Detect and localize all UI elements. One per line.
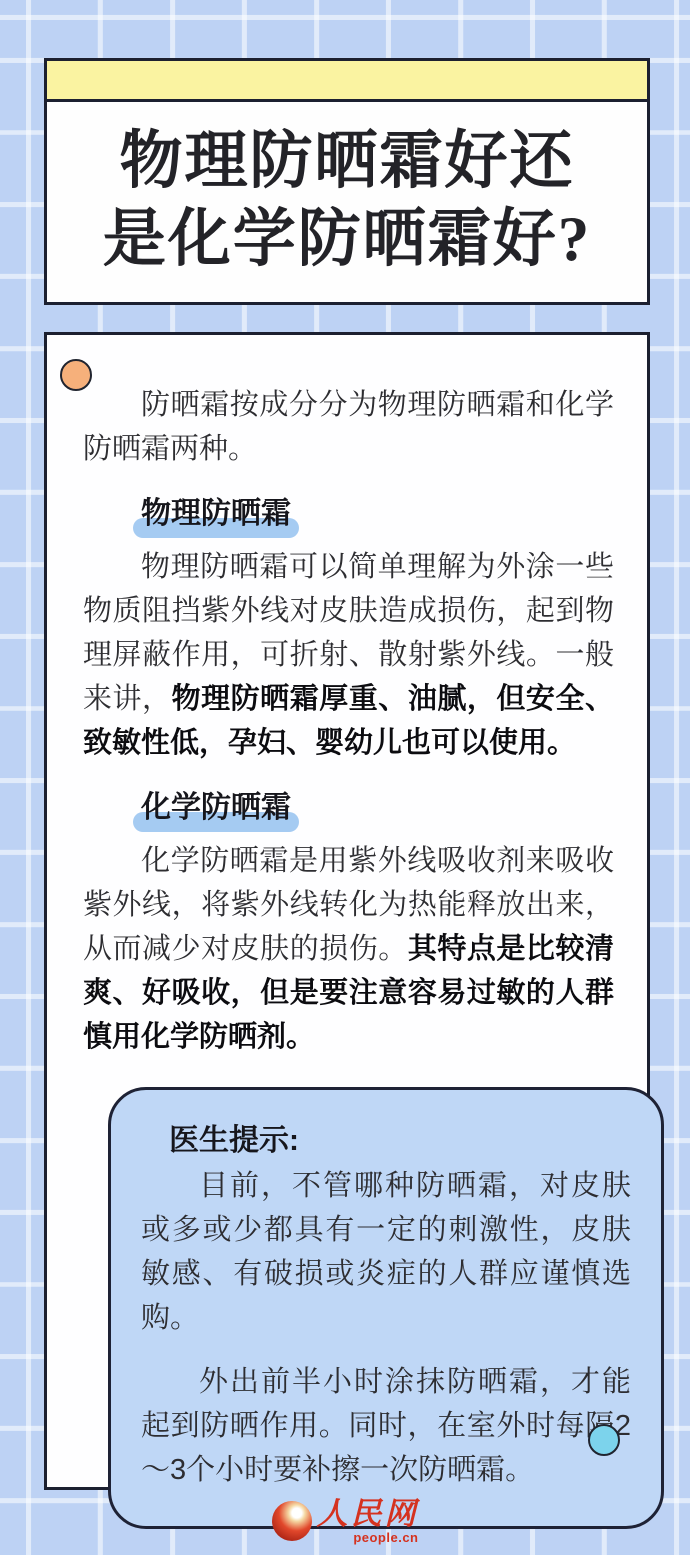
doctor-tip-heading: 医生提示: [141,1118,631,1164]
people-cn-logo-chinese: 人民网 [317,1498,419,1529]
article-body: 防晒霜按成分分为物理防晒霜和化学防晒霜两种。 物理防晒霜 物理防晒霜可以简单理解… [47,335,647,1529]
section-heading-physical-label: 物理防晒霜 [141,491,291,537]
people-cn-logo-text: 人民网 people.cn [317,1498,419,1545]
section-heading-physical: 物理防晒霜 [83,491,614,537]
cyan-dot-decoration [588,1424,620,1456]
poster-title: 物理防晒霜好还 是化学防晒霜好? [47,102,647,302]
people-cn-logo-domain: people.cn [353,1530,418,1545]
orange-dot-decoration [60,359,92,391]
poster-title-line2: 是化学防晒霜好? [53,200,641,278]
doctor-tip-paragraph-2: 外出前半小时涂抹防晒霜，才能起到防晒作用。同时，在室外时每隔2～3个小时要补擦一… [141,1360,631,1492]
doctor-tip-box: 医生提示: 目前，不管哪种防晒霜，对皮肤或多或少都具有一定的刺激性，皮肤敏感、有… [108,1087,664,1529]
people-cn-logo-icon [272,1501,312,1541]
people-cn-logo: 人民网 people.cn [272,1498,419,1545]
content-card: 防晒霜按成分分为物理防晒霜和化学防晒霜两种。 物理防晒霜 物理防晒霜可以简单理解… [44,332,650,1490]
section-paragraph-chemical: 化学防晒霜是用紫外线吸收剂来吸收紫外线，将紫外线转化为热能释放出来，从而减少对皮… [83,839,614,1059]
intro-paragraph: 防晒霜按成分分为物理防晒霜和化学防晒霜两种。 [83,383,614,471]
footer: 人民网 people.cn [0,1498,690,1545]
title-accent-bar [47,61,647,102]
poster-title-line1: 物理防晒霜好还 [53,122,641,200]
title-card: 物理防晒霜好还 是化学防晒霜好? [44,58,650,305]
doctor-tip-paragraph-1: 目前，不管哪种防晒霜，对皮肤或多或少都具有一定的刺激性，皮肤敏感、有破损或炎症的… [141,1164,631,1340]
section-paragraph-physical: 物理防晒霜可以简单理解为外涂一些物质阻挡紫外线对皮肤造成损伤，起到物理屏蔽作用，… [83,545,614,765]
section-heading-chemical: 化学防晒霜 [83,785,614,831]
poster-page: 物理防晒霜好还 是化学防晒霜好? 防晒霜按成分分为物理防晒霜和化学防晒霜两种。 … [0,0,690,1555]
section-heading-chemical-label: 化学防晒霜 [141,785,291,831]
